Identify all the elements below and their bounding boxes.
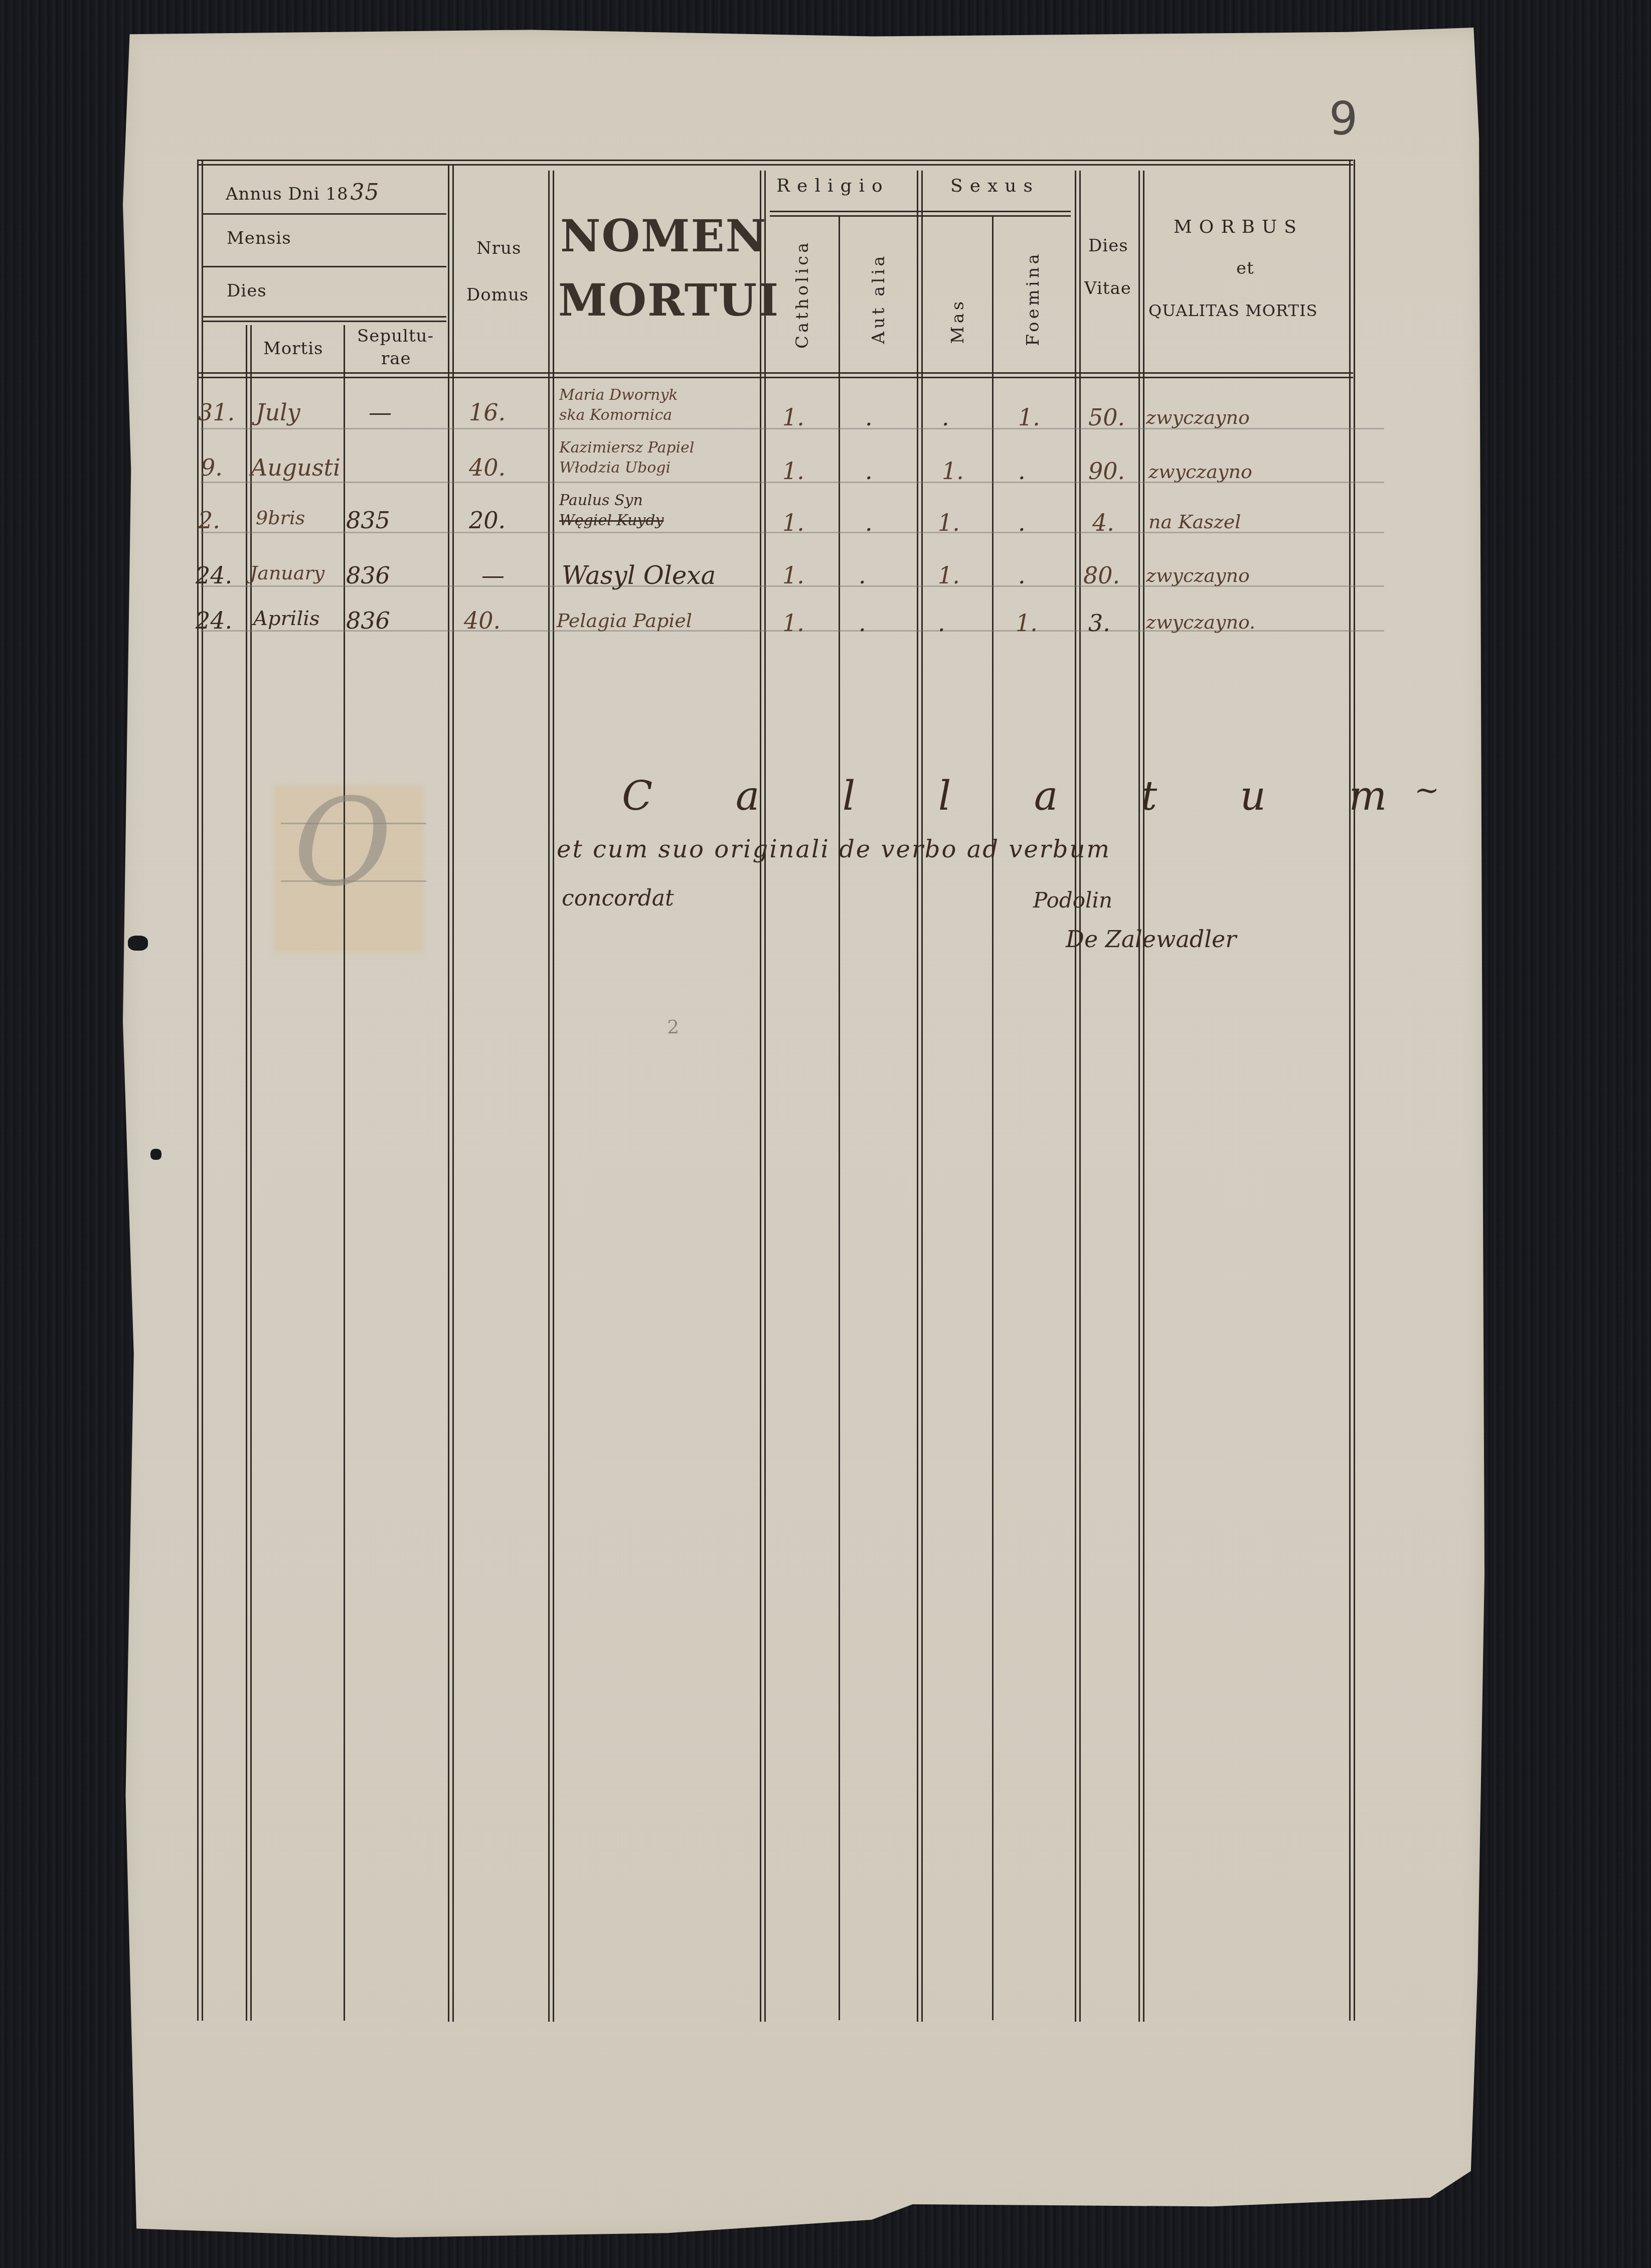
col-line-morbus xyxy=(1138,171,1140,2022)
cell-catholica: 1. xyxy=(782,458,804,485)
cell-dies-vitae: 3. xyxy=(1088,610,1110,637)
col-line-nrus xyxy=(448,166,449,2022)
header-mas: Mas xyxy=(948,271,968,371)
cell-aut-alia: . xyxy=(865,404,873,431)
cell-aut-alia: . xyxy=(859,562,866,589)
cell-catholica: 1. xyxy=(782,404,804,431)
col-line-foemina xyxy=(992,217,994,2020)
cell-nomen-line1: Pelagia Papiel xyxy=(557,610,692,632)
mensis-divider xyxy=(203,266,446,267)
header-bottom-border xyxy=(197,372,1353,374)
cell-sepulturae: 836 xyxy=(346,562,390,589)
cell-dies-vitae: 4. xyxy=(1092,509,1114,536)
cell-morbus: zwyczayno xyxy=(1148,461,1252,483)
cell-mensis: Aprilis xyxy=(253,607,320,630)
cell-sepulturae: 836 xyxy=(346,607,390,634)
cell-nomen-line1: Wasyl Olexa xyxy=(562,561,716,590)
table-right-border xyxy=(1349,160,1351,2021)
cell-morbus: zwyczayno xyxy=(1146,406,1250,428)
cell-nomen-line2: Włodzia Ubogi xyxy=(559,459,671,477)
cell-mas: 1. xyxy=(938,562,960,589)
paper-tear xyxy=(128,936,148,951)
cell-nomen-line1: Kazimiersz Papiel xyxy=(559,439,694,457)
annus-divider xyxy=(203,213,446,215)
religio-sexus-divider xyxy=(770,211,1071,212)
header-religio: Religio xyxy=(776,176,890,196)
dies-divider xyxy=(203,316,446,318)
cell-catholica: 1. xyxy=(782,562,804,589)
cell-nomen-line2: Węgiel Kuydy xyxy=(559,512,664,529)
col-line-aut-alia xyxy=(839,217,840,2020)
cell-domus: 20. xyxy=(469,507,506,534)
header-dies-vitae-2: Vitae xyxy=(1084,278,1131,298)
header-aut-alia: Aut alia xyxy=(869,248,889,349)
cell-aut-alia: . xyxy=(865,458,873,485)
header-sexus: Sexus xyxy=(950,176,1040,196)
cell-nomen-line2: ska Komornica xyxy=(559,406,672,424)
col-line-dies-vitae xyxy=(1075,171,1076,2022)
cell-mas: . xyxy=(942,404,949,431)
cell-sepulturae: 835 xyxy=(346,507,390,534)
header-dies-vitae-1: Dies xyxy=(1088,236,1128,256)
cell-dies: 24. xyxy=(196,607,232,634)
cell-dies: 2. xyxy=(198,507,220,534)
header-qualitas-mortis: QUALITAS MORTIS xyxy=(1148,301,1317,320)
header-mortui: MORTUI xyxy=(558,275,779,325)
register-page xyxy=(123,28,1484,2237)
cell-dies: 24. xyxy=(196,562,232,589)
cell-morbus: zwyczayno. xyxy=(1146,611,1255,633)
cell-mensis: January xyxy=(250,562,324,584)
table-left-border xyxy=(197,160,199,2021)
cell-catholica: 1. xyxy=(782,610,804,637)
certification-concordat: concordat xyxy=(562,885,674,911)
table-top-border xyxy=(197,160,1353,161)
margin-mark: 2 xyxy=(667,1016,679,1038)
cell-dies: 9. xyxy=(201,454,223,481)
cell-mas: 1. xyxy=(942,458,964,485)
annus-label: Annus Dni 18 xyxy=(226,184,349,204)
annus-year-value: 35 xyxy=(351,180,380,205)
cell-mensis: July xyxy=(256,399,300,426)
certification-place: Podolin xyxy=(1033,888,1112,913)
cell-mensis: Augusti xyxy=(251,454,341,481)
cell-foemina: 1. xyxy=(1018,404,1040,431)
header-dies: Dies xyxy=(227,281,267,301)
header-catholica: Catholica xyxy=(792,248,812,349)
col-line-nomen xyxy=(548,171,550,2022)
cell-aut-alia: . xyxy=(865,509,873,536)
header-nomen: NOMEN xyxy=(560,211,767,261)
header-domus: Domus xyxy=(466,285,529,305)
col-line-mortis xyxy=(344,325,345,2021)
signature: De Zalewadler xyxy=(1066,926,1236,953)
cell-nomen-line1: Maria Dwornyk xyxy=(559,386,678,404)
cell-domus: 16. xyxy=(469,399,506,426)
header-foemina: Foemina xyxy=(1023,248,1043,349)
cell-mas: 1. xyxy=(938,509,960,536)
certification-collatum: C a l l a t u m xyxy=(622,773,1422,819)
cell-domus: — xyxy=(481,562,505,589)
cell-domus: 40. xyxy=(469,454,506,481)
header-et: et xyxy=(1236,258,1254,278)
header-morbus: MORBUS xyxy=(1174,217,1303,237)
cell-dies-vitae: 50. xyxy=(1088,404,1125,431)
cell-foemina: 1. xyxy=(1016,610,1038,637)
header-nrus: Nrus xyxy=(476,238,521,258)
cell-dies-vitae: 90. xyxy=(1088,458,1125,485)
col-line-mas xyxy=(917,171,918,2022)
header-sepulturae-1: Sepultu- xyxy=(357,326,434,346)
cell-foemina: . xyxy=(1018,509,1026,536)
cell-aut-alia: . xyxy=(859,610,866,637)
page-number: 9 xyxy=(1329,93,1358,145)
cell-foemina: . xyxy=(1018,562,1026,589)
cell-nomen-line1: Paulus Syn xyxy=(559,492,643,509)
cell-dies-vitae: 80. xyxy=(1083,562,1120,589)
header-mortis: Mortis xyxy=(263,339,323,359)
cell-dies: 31. xyxy=(198,399,235,426)
cell-mensis: 9bris xyxy=(256,507,305,529)
header-sepulturae-2: rae xyxy=(381,349,411,369)
pencil-loop-mark: O xyxy=(293,773,392,913)
header-annus: Annus Dni 1835 xyxy=(226,180,380,205)
col-line-catholica xyxy=(760,171,761,2022)
cell-catholica: 1. xyxy=(782,509,804,536)
certification-dash: ~ xyxy=(1414,773,1439,808)
cell-foemina: . xyxy=(1018,458,1026,485)
cell-mas: . xyxy=(938,610,945,637)
col-line-dies xyxy=(246,325,247,2021)
paper-tear xyxy=(150,1149,161,1160)
cell-morbus: zwyczayno xyxy=(1146,564,1250,586)
certification-concordance: et cum suo originali de verbo ad verbum xyxy=(557,835,1111,863)
header-mensis: Mensis xyxy=(227,228,291,248)
cell-sepulturae: — xyxy=(369,399,392,426)
cell-morbus: na Kaszel xyxy=(1148,511,1241,533)
cell-domus: 40. xyxy=(464,607,501,634)
